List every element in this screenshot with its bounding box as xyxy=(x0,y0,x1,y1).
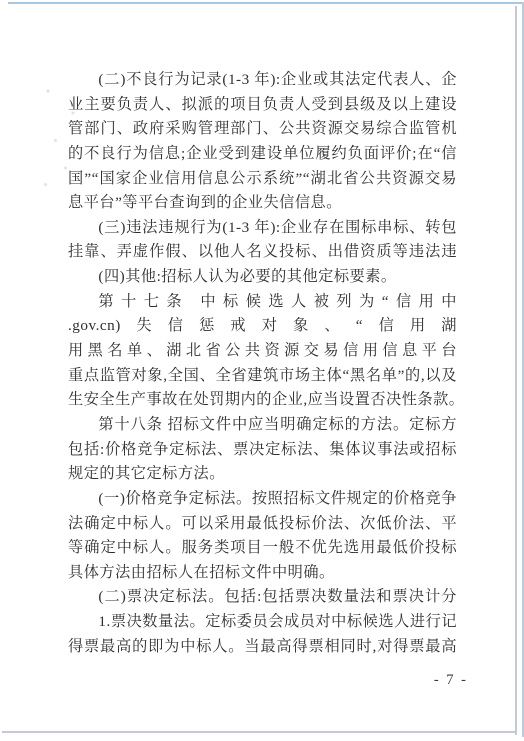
document-page: (二)不良行为记录(1-3 年):企业或其法定代表人、企 业主要负责人、拟派的项… xyxy=(0,0,524,741)
text-line: (四)其他:招标人认为必要的其他定标要素。 xyxy=(68,265,457,290)
page-top-edge-line xyxy=(8,2,524,4)
text-line: 的不良行为信息;企业受到建设单位履约负面评价;在“信用中 xyxy=(68,142,457,167)
text-line: 国”“国家企业信用信息公示系统”“湖北省公共资源交易信用信 xyxy=(68,167,457,192)
text-line: 等确定中标人。服务类项目一般不优先选用最低价投标价法。 xyxy=(68,536,457,561)
page-number: - 7 - xyxy=(434,672,468,689)
text-line: .gov.cn)失信惩戒对象、“信用湖北”(http://credit.hube… xyxy=(68,314,457,339)
page-right-border-line xyxy=(515,6,517,735)
text-line: 第十八条 招标文件中应当明确定标的方法。定标方法主要 xyxy=(68,413,457,438)
text-line: 管部门、政府采购管理部门、公共资源交易综合监管机构记录 xyxy=(68,117,457,142)
text-line: 规定的其它定标方法。 xyxy=(68,462,457,487)
text-line: 挂靠、弄虚作假、以他人名义投标、出借资质等违法违规行为。 xyxy=(68,240,457,265)
body-text-block: (二)不良行为记录(1-3 年):企业或其法定代表人、企 业主要负责人、拟派的项… xyxy=(68,68,457,659)
text-line: 法确定中标人。可以采用最低投标价法、次低价法、平均值法 xyxy=(68,512,457,537)
text-line: (一)价格竞争定标法。按照招标文件规定的价格竞争方 xyxy=(68,487,457,512)
text-line: (二)票决定标法。包括:包括票决数量法和票决计分法。 xyxy=(68,585,457,610)
text-line: (三)违法违规行为(1-3 年):企业存在围标串标、转包 xyxy=(68,216,457,241)
text-line: 用黑名单、湖北省公共资源交易信用信息平台(http://www.hbcxpt.c… xyxy=(68,339,457,364)
text-line: (二)不良行为记录(1-3 年):企业或其法定代表人、企 xyxy=(68,68,457,93)
text-line: 包括:价格竞争定标法、票决定标法、集体议事法或招标文件 xyxy=(68,438,457,463)
text-line: 息平台”等平台查询到的企业失信信息。 xyxy=(68,191,457,216)
text-line: 第十七条 中标候选人被列为“信用中国”(www.creditchina xyxy=(68,290,457,315)
text-line: 重点监管对象,全国、全省建筑市场主体“黑名单”的,以及发 xyxy=(68,364,457,389)
text-line: 1.票决数量法。定标委员会成员对中标候选人进行记名投票, xyxy=(68,610,457,635)
text-line: 业主要负责人、拟派的项目负责人受到县级及以上建设行业主 xyxy=(68,93,457,118)
text-line: 具体方法由招标人在招标文件中明确。 xyxy=(68,561,457,586)
text-line: 得票最高的即为中标人。当最高得票相同时,对得票最高的中 xyxy=(68,635,457,660)
text-line: 生安全生产事故在处罚期内的企业,应当设置否决性条款。 xyxy=(68,388,457,413)
page-bottom-border-line xyxy=(2,731,517,733)
